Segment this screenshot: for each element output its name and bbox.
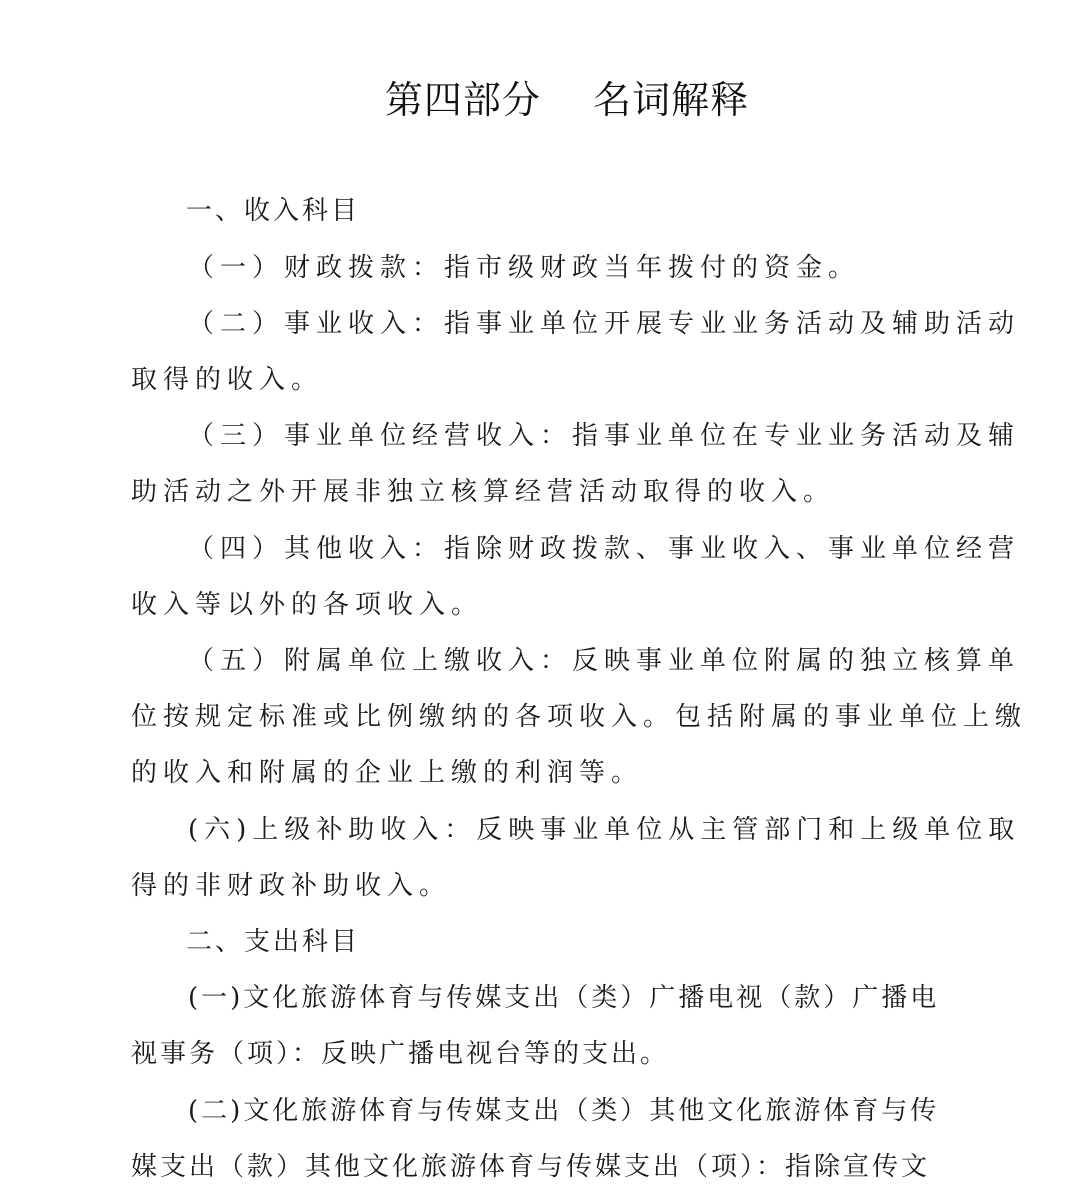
page-title: 第四部分 名词解释 (0, 72, 1074, 128)
paragraph-line: (六)上级补助收入：反映事业单位从主管部门和上级单位取 (188, 810, 1020, 850)
paragraph-line: （五）附属单位上缴收入：反映事业单位附属的独立核算单 (188, 641, 1020, 681)
paragraph-line: 助活动之外开展非独立核算经营活动取得的收入。 (131, 472, 835, 512)
paragraph-line: 得的非财政补助收入。 (131, 866, 451, 906)
paragraph-line: （一）财政拨款：指市级财政当年拨付的资金。 (188, 248, 860, 288)
paragraph-line: 视事务（项）：反映广播电视台等的支出。 (131, 1034, 669, 1074)
paragraph-line: 媒支出（款）其他文化旅游体育与传媒支出（项）：指除宣传文 (131, 1147, 930, 1187)
section-heading-income: 一、收入科目 (186, 191, 360, 231)
paragraph-line: （三）事业单位经营收入：指事业单位在专业业务活动及辅 (188, 416, 1020, 456)
paragraph-line: （四）其他收入：指除财政拨款、事业收入、事业单位经营 (188, 529, 1020, 569)
paragraph-line: 的收入和附属的企业上缴的利润等。 (131, 753, 643, 793)
paragraph-line: (一)文化旅游体育与传媒支出（类）广播电视（款）广播电 (188, 978, 939, 1018)
paragraph-line: （二）事业收入：指事业单位开展专业业务活动及辅助活动 (188, 304, 1020, 344)
document-page: 第四部分 名词解释 一、收入科目 （一）财政拨款：指市级财政当年拨付的资金。 （… (0, 0, 1074, 1189)
section-heading-expense: 二、支出科目 (186, 922, 360, 962)
paragraph-line: 取得的收入。 (131, 360, 323, 400)
paragraph-line: (二)文化旅游体育与传媒支出（类）其他文化旅游体育与传 (188, 1091, 939, 1131)
paragraph-line: 位按规定标准或比例缴纳的各项收入。包括附属的事业单位上缴 (131, 697, 1027, 737)
paragraph-line: 收入等以外的各项收入。 (131, 585, 483, 625)
